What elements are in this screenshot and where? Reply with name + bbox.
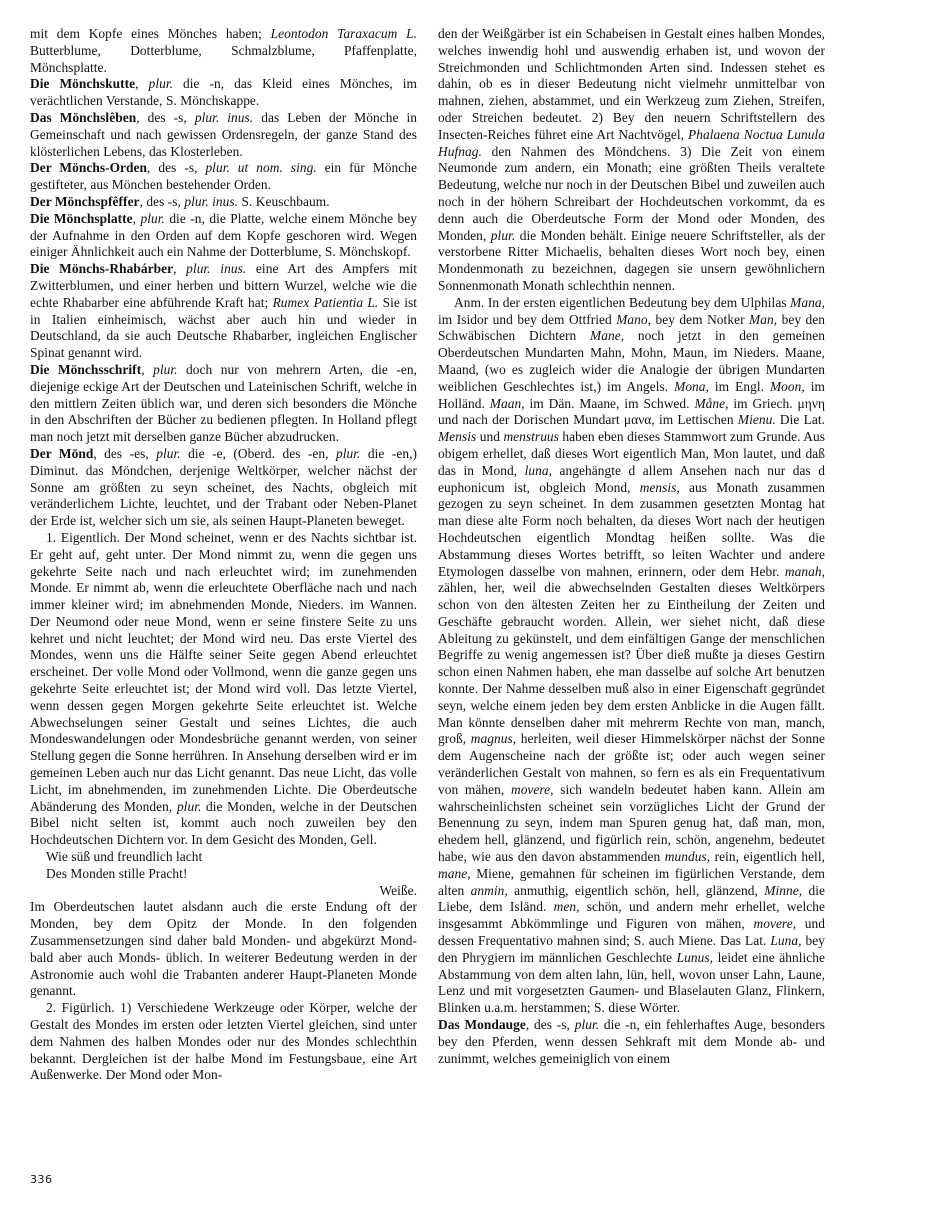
text-run: , xyxy=(135,76,148,91)
text-run: , des -es, xyxy=(93,446,156,461)
headword: Das Mönchslêben xyxy=(30,110,136,125)
italic-term: mane, xyxy=(438,866,471,881)
dictionary-entry: Die Mönchsschrift, plur. doch nur von me… xyxy=(30,362,417,446)
paragraph: Im Oberdeutschen lautet alsdann auch die… xyxy=(30,899,417,1000)
italic-term: Lunus, xyxy=(677,950,713,965)
text-run: , des -s, xyxy=(147,160,205,175)
text-run: Weiße. xyxy=(379,883,417,898)
italic-term: movere, xyxy=(511,782,554,797)
italic-term: Luna, xyxy=(770,933,801,948)
italic-term: Moon, xyxy=(770,379,805,394)
text-run: , xyxy=(141,362,153,377)
text-run: Die Lat. xyxy=(776,412,825,427)
italic-term: plur. xyxy=(140,211,164,226)
text-run: im Dän. Maane, im Schwed. xyxy=(525,396,695,411)
italic-term: Måne, xyxy=(694,396,728,411)
italic-term: plur. xyxy=(149,76,173,91)
italic-term: plur. inus. xyxy=(184,194,238,209)
italic-term: Mienu. xyxy=(738,412,776,427)
paragraph: mit dem Kopfe eines Mönches haben; Leont… xyxy=(30,26,417,76)
right-column: den der Weißgärber ist ein Schabeisen in… xyxy=(438,26,825,1067)
italic-term: plur. ut nom. sing. xyxy=(205,160,316,175)
left-column: mit dem Kopfe eines Mönches haben; Leont… xyxy=(30,26,417,1084)
indented-paragraph: Anm. In der ersten eigentlichen Bedeutun… xyxy=(438,295,825,1017)
dictionary-entry: Die Mönchskutte, plur. die -n, das Kleid… xyxy=(30,76,417,110)
attribution: Weiße. xyxy=(30,883,417,900)
text-run: 1. Eigentlich. Der Mond scheinet, wenn e… xyxy=(30,530,417,814)
text-run: anmuthig, eigentlich schön, hell, glänze… xyxy=(508,883,765,898)
text-run: bey dem Notker xyxy=(651,312,749,327)
dictionary-entry: Die Mönchs-Rhabárber, plur. inus. eine A… xyxy=(30,261,417,362)
italic-term: plur. xyxy=(153,362,177,377)
italic-term: mensis, xyxy=(640,480,680,495)
italic-term: Man, xyxy=(749,312,777,327)
dictionary-entry: Der Mōnd, des -es, plur. die -e, (Oberd.… xyxy=(30,446,417,530)
italic-term: anmin, xyxy=(471,883,508,898)
italic-term: plur. inus. xyxy=(195,110,253,125)
italic-term: Mona, xyxy=(674,379,709,394)
text-run: Im Oberdeutschen lautet alsdann auch die… xyxy=(30,899,417,998)
italic-term: menstruus xyxy=(503,429,559,444)
headword: Das Mondauge xyxy=(438,1017,526,1032)
text-run: mit dem Kopfe eines Mönches haben; xyxy=(30,26,271,41)
text-run: S. Keuschbaum. xyxy=(238,194,330,209)
text-run: zählen, her, weil die abwechselnden Gest… xyxy=(438,580,825,746)
text-run: die -e, (Oberd. des -en, xyxy=(181,446,336,461)
italic-term: Minne, xyxy=(764,883,802,898)
italic-term: Mana, xyxy=(790,295,825,310)
italic-term: manah, xyxy=(785,564,825,579)
italic-term: mundus, xyxy=(665,849,710,864)
dictionary-entry: Der Mönchspfêffer, des -s, plur. inus. S… xyxy=(30,194,417,211)
dictionary-entry: Das Mönchslêben, des -s, plur. inus. das… xyxy=(30,110,417,160)
italic-term: Mane, xyxy=(590,328,624,343)
headword: Der Mönchs-Orden xyxy=(30,160,147,175)
text-run: , des -s, xyxy=(140,194,185,209)
italic-term: movere, xyxy=(753,916,796,931)
italic-term: Mano, xyxy=(616,312,651,327)
italic-term: plur. xyxy=(156,446,180,461)
page-number: 336 xyxy=(30,1173,53,1186)
indented-paragraph: 1. Eigentlich. Der Mond scheinet, wenn e… xyxy=(30,530,417,849)
italic-term: plur. xyxy=(336,446,360,461)
text-run: im Engl. xyxy=(709,379,770,394)
italic-term: Leontodon Taraxacum L. xyxy=(271,26,417,41)
headword: Die Mönchsplatte xyxy=(30,211,133,226)
text-run: , xyxy=(173,261,186,276)
italic-term: plur. inus. xyxy=(186,261,246,276)
italic-term: Maan, xyxy=(490,396,525,411)
italic-term: plur. xyxy=(177,799,201,814)
text-run: 2. Figürlich. 1) Verschiedene Werkzeuge … xyxy=(30,1000,417,1082)
italic-term: men, xyxy=(554,899,580,914)
text-run: im Isidor und bey dem Ottfried xyxy=(438,312,616,327)
text-run: , des -s, xyxy=(526,1017,575,1032)
dictionary-entry: Die Mönchsplatte, plur. die -n, die Plat… xyxy=(30,211,417,261)
headword: Die Mönchskutte xyxy=(30,76,135,91)
italic-term: Rumex Patientia L. xyxy=(273,295,379,310)
text-run: und xyxy=(476,429,503,444)
italic-term: plur. xyxy=(491,228,515,243)
headword: Die Mönchsschrift xyxy=(30,362,141,377)
headword: Der Mönchspfêffer xyxy=(30,194,140,209)
verse-line: Wie süß und freundlich lacht xyxy=(30,849,417,866)
text-run: Wie süß und freundlich lacht xyxy=(46,849,202,864)
italic-term: magnus, xyxy=(471,731,516,746)
italic-term: plur. xyxy=(575,1017,599,1032)
indented-paragraph: 2. Figürlich. 1) Verschiedene Werkzeuge … xyxy=(30,1000,417,1084)
text-run: Anm. In der ersten eigentlichen Bedeutun… xyxy=(454,295,790,310)
verse-line: Des Monden stille Pracht! xyxy=(30,866,417,883)
italic-term: luna, xyxy=(525,463,552,478)
text-run: rein, eigentlich hell, xyxy=(710,849,825,864)
text-run: Des Monden stille Pracht! xyxy=(46,866,187,881)
text-run: den der Weißgärber ist ein Schabeisen in… xyxy=(438,26,825,142)
dictionary-entry: Der Mönchs-Orden, des -s, plur. ut nom. … xyxy=(30,160,417,194)
italic-term: Mensis xyxy=(438,429,476,444)
headword: Die Mönchs-Rhabárber xyxy=(30,261,173,276)
paragraph: den der Weißgärber ist ein Schabeisen in… xyxy=(438,26,825,295)
dictionary-entry: Das Mondauge, des -s, plur. die -n, ein … xyxy=(438,1017,825,1067)
headword: Der Mōnd xyxy=(30,446,93,461)
text-run: , des -s, xyxy=(136,110,195,125)
text-run: Butterblume, Dotterblume, Schmalzblume, … xyxy=(30,43,417,75)
